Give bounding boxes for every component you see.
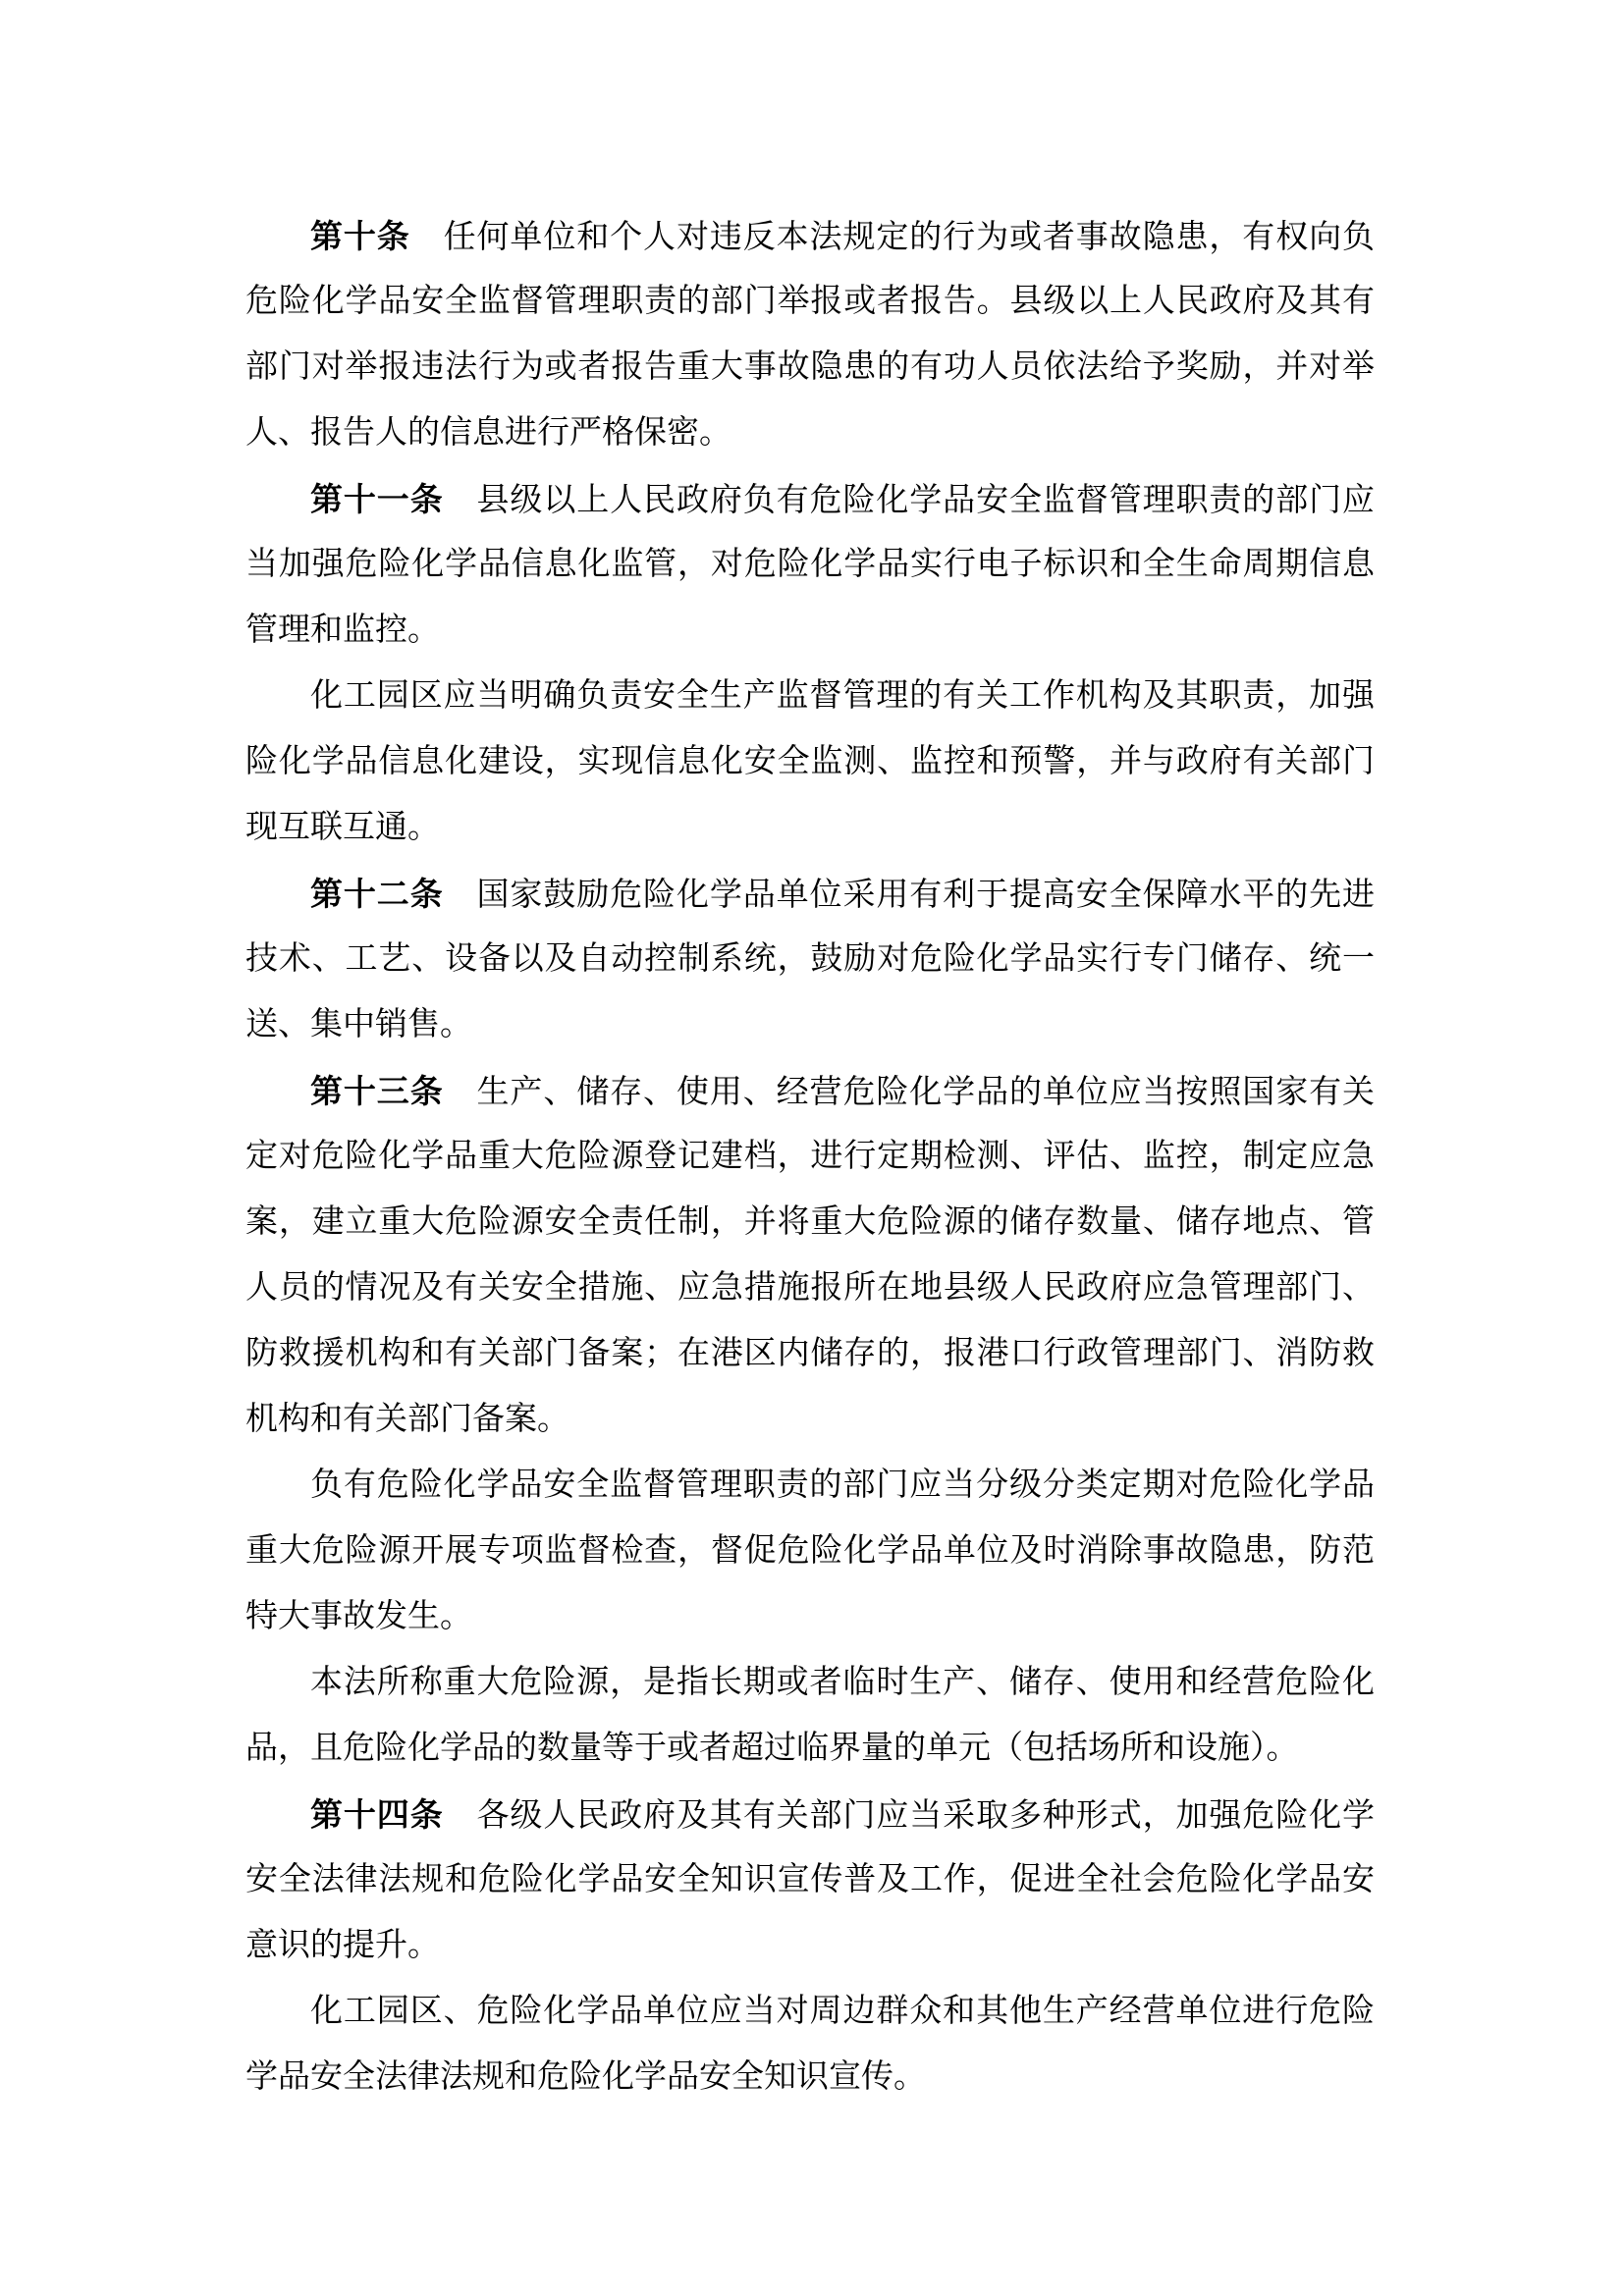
line-text: 各级人民政府及其有关部门应当采取多种形式，加强危险化学品: [310, 1798, 1375, 1847]
text-line: 定对危险化学品重大危险源登记建档，进行定期检测、评估、监控，制定应急预: [245, 1124, 1375, 1190]
article-number-label: 第十三条: [310, 1073, 444, 1109]
text-line: 本法所称重大危险源，是指长期或者临时生产、储存、使用和经营危险化学: [245, 1650, 1375, 1716]
line-text: 生产、储存、使用、经营危险化学品的单位应当按照国家有关规: [310, 1075, 1375, 1124]
article-number-label: 第十一条: [310, 481, 444, 517]
article-number-label: 第十条: [310, 218, 410, 254]
article-13-sub-paragraph-1: 负有危险化学品安全监督管理职责的部门应当分级分类定期对危险化学品 重大危险源开展…: [245, 1453, 1375, 1650]
text-line: 第十三条 生产、储存、使用、经营危险化学品的单位应当按照国家有关规: [245, 1058, 1375, 1124]
text-line: 技术、工艺、设备以及自动控制系统，鼓励对危险化学品实行专门储存、统一配: [245, 927, 1375, 992]
text-line: 现互联互通。: [245, 795, 1375, 861]
text-line: 机构和有关部门备案。: [245, 1387, 1375, 1453]
text-line: 危险化学品安全监督管理职责的部门举报或者报告。县级以上人民政府及其有关: [245, 269, 1375, 335]
article-number-label: 第十四条: [310, 1796, 444, 1833]
text-line: 案，建立重大危险源安全责任制，并将重大危险源的储存数量、储存地点、管理: [245, 1190, 1375, 1255]
text-line: 学品安全法律法规和危险化学品安全知识宣传。: [245, 2045, 1375, 2110]
text-line: 重大危险源开展专项监督检查，督促危险化学品单位及时消除事故隐患，防范重: [245, 1519, 1375, 1584]
text-line: 第十二条 国家鼓励危险化学品单位采用有利于提高安全保障水平的先进: [245, 861, 1375, 927]
text-line: 送、集中销售。: [245, 992, 1375, 1058]
text-line: 人员的情况及有关安全措施、应急措施报所在地县级人民政府应急管理部门、消: [245, 1255, 1375, 1321]
article-14-paragraph: 第十四条 各级人民政府及其有关部门应当采取多种形式，加强危险化学品 安全法律法规…: [245, 1782, 1375, 1979]
text-line: 部门对举报违法行为或者报告重大事故隐患的有功人员依法给予奖励，并对举报: [245, 335, 1375, 400]
text-line: 安全法律法规和危险化学品安全知识宣传普及工作，促进全社会危险化学品安全: [245, 1847, 1375, 1913]
article-13-paragraph: 第十三条 生产、储存、使用、经营危险化学品的单位应当按照国家有关规 定对危险化学…: [245, 1058, 1375, 1453]
text-line: 化工园区、危险化学品单位应当对周边群众和其他生产经营单位进行危险化: [245, 1979, 1375, 2045]
article-11-paragraph: 第十一条 县级以上人民政府负有危险化学品安全监督管理职责的部门应 当加强危险化学…: [245, 466, 1375, 664]
article-12-paragraph: 第十二条 国家鼓励危险化学品单位采用有利于提高安全保障水平的先进 技术、工艺、设…: [245, 861, 1375, 1058]
text-line: 当加强危险化学品信息化监管，对危险化学品实行电子标识和全生命周期信息化: [245, 532, 1375, 598]
text-line: 特大事故发生。: [245, 1584, 1375, 1650]
line-text: 国家鼓励危险化学品单位采用有利于提高安全保障水平的先进: [444, 878, 1375, 913]
text-line: 管理和监控。: [245, 598, 1375, 664]
text-line: 险化学品信息化建设，实现信息化安全监测、监控和预警，并与政府有关部门实: [245, 729, 1375, 795]
article-10-paragraph: 第十条 任何单位和个人对违反本法规定的行为或者事故隐患，有权向负有 危险化学品安…: [245, 203, 1375, 466]
document-page: 第十条 任何单位和个人对违反本法规定的行为或者事故隐患，有权向负有 危险化学品安…: [245, 203, 1375, 2110]
article-13-sub-paragraph-2: 本法所称重大危险源，是指长期或者临时生产、储存、使用和经营危险化学 品，且危险化…: [245, 1650, 1375, 1782]
text-line: 第十一条 县级以上人民政府负有危险化学品安全监督管理职责的部门应: [245, 466, 1375, 532]
article-11-sub-paragraph: 化工园区应当明确负责安全生产监督管理的有关工作机构及其职责，加强危 险化学品信息…: [245, 664, 1375, 861]
article-14-sub-paragraph: 化工园区、危险化学品单位应当对周边群众和其他生产经营单位进行危险化 学品安全法律…: [245, 1979, 1375, 2110]
text-line: 负有危险化学品安全监督管理职责的部门应当分级分类定期对危险化学品: [245, 1453, 1375, 1519]
text-line: 人、报告人的信息进行严格保密。: [245, 400, 1375, 466]
text-line: 第十四条 各级人民政府及其有关部门应当采取多种形式，加强危险化学品: [245, 1782, 1375, 1847]
line-text: 任何单位和个人对违反本法规定的行为或者事故隐患，有权向负有: [310, 220, 1375, 269]
text-line: 化工园区应当明确负责安全生产监督管理的有关工作机构及其职责，加强危: [245, 664, 1375, 729]
text-line: 品，且危险化学品的数量等于或者超过临界量的单元（包括场所和设施）。: [245, 1716, 1375, 1782]
text-line: 防救援机构和有关部门备案；在港区内储存的，报港口行政管理部门、消防救援: [245, 1321, 1375, 1387]
text-line: 第十条 任何单位和个人对违反本法规定的行为或者事故隐患，有权向负有: [245, 203, 1375, 269]
text-line: 意识的提升。: [245, 1913, 1375, 1979]
line-text: 县级以上人民政府负有危险化学品安全监督管理职责的部门应: [444, 483, 1375, 518]
article-number-label: 第十二条: [310, 876, 444, 912]
